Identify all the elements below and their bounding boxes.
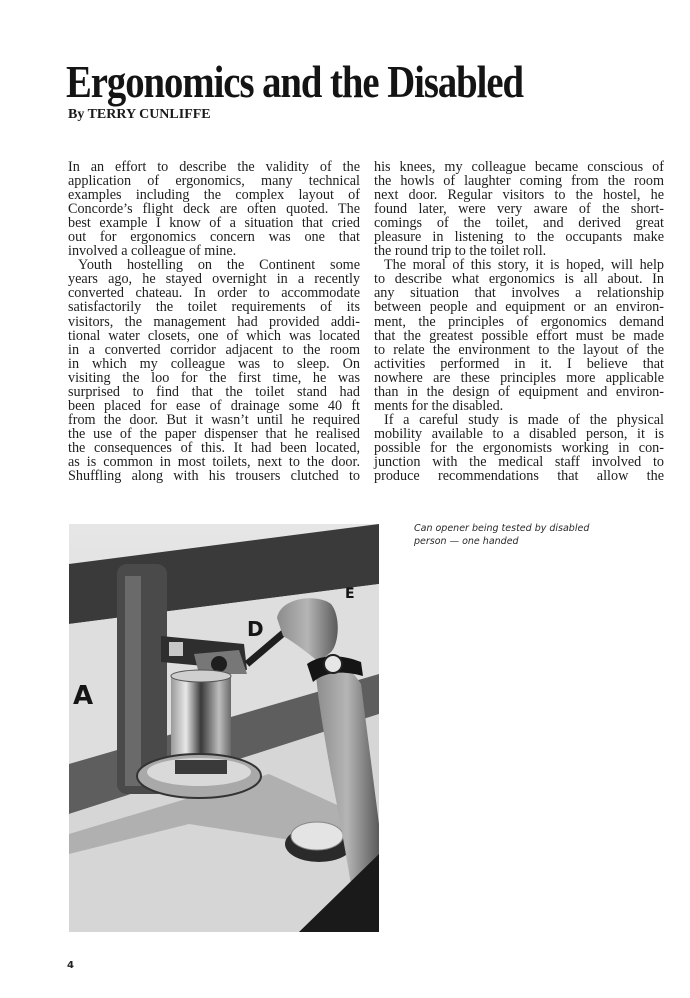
body-text-line: the consequences of this. It had been lo… [68,441,360,455]
body-text-line: Shuffling along with his trousers clutch… [68,469,360,483]
body-text-line: visitors, the management had provided ad… [68,315,360,329]
body-text-line: been placed for ease of drainage some 40… [68,399,360,413]
photo-illustration-icon: A D E [69,524,379,932]
body-text-line: ment, the principles of ergonomics deman… [374,315,664,329]
body-text-line: best example I know of a situation that … [68,216,360,230]
body-text-line: converted chateau. In order to accommoda… [68,286,360,300]
svg-text:A: A [73,681,93,711]
body-text-line: to relate the environment to the layout … [374,343,664,357]
body-text-line: pleasure in listening to the occupants m… [374,230,664,244]
body-text-line: any situation that involves a relationsh… [374,286,664,300]
body-column-left: In an effort to describe the validity of… [68,160,360,483]
body-text-line: in a converted corridor adjacent to the … [68,343,360,357]
body-text-line: to describe what ergonomics is all about… [374,272,664,286]
body-text-line: his knees, my colleague became conscious… [374,160,664,174]
body-text-line: from the door. But it wasn’t until he re… [68,413,360,427]
article-title: Ergonomics and the Disabled [66,58,523,106]
body-text-line: nowhere are these principles more applic… [374,371,664,385]
body-text-line: Youth hostelling on the Continent some [68,258,360,272]
body-text-line: application of ergonomics, many technica… [68,174,360,188]
body-text-line: If a careful study is made of the physic… [374,413,664,427]
body-text-line: next door. Regular visitors to the hoste… [374,188,664,202]
body-text-line: examples including the complex layout of [68,188,360,202]
body-text-line: as is common in most toilets, next to th… [68,455,360,469]
body-text-line: mobility available to a disabled person,… [374,427,664,441]
byline: By TERRY CUNLIFFE [68,107,211,123]
body-text-line: the round trip to the toilet roll. [374,244,664,258]
body-text-line: involved a colleague of mine. [68,244,360,258]
body-text-line: the use of the paper dispenser that he r… [68,427,360,441]
body-text-line: produce recommendations that allow the [374,469,664,483]
body-text-line: comings of the toilet, and derived great [374,216,664,230]
body-text-line: In an effort to describe the validity of… [68,160,360,174]
body-text-line: possible for the ergonomists working in … [374,441,664,455]
body-text-line: junction with the medical staff involved… [374,455,664,469]
body-text-line: Concorde’s flight deck are often quoted.… [68,202,360,216]
body-text-line: tional water closets, one of which was l… [68,329,360,343]
page-number: 4 [67,960,74,971]
svg-text:D: D [247,617,264,641]
body-text-line: than in the design of equipment and envi… [374,385,664,399]
body-text-line: activities performed in it. I believe th… [374,357,664,371]
body-column-right: his knees, my colleague became conscious… [374,160,664,483]
body-text-line: visiting the loo for the first time, he … [68,371,360,385]
body-text-line: the howls of laughter coming from the ro… [374,174,664,188]
figure-caption: Can opener being tested by disabled pers… [414,522,614,548]
body-text-line: years ago, he stayed overnight in a rece… [68,272,360,286]
body-text-line: surprised to find that the toilet stand … [68,385,360,399]
body-text-line: satisfactorily the toilet requirements o… [68,300,360,314]
svg-text:E: E [345,586,355,602]
body-text-line: found later, were very aware of the shor… [374,202,664,216]
body-text-line: ments for the disabled. [374,399,664,413]
body-text-line: between people and equipment or an envir… [374,300,664,314]
body-text-line: that the greatest possible effort must b… [374,329,664,343]
body-text-line: The moral of this story, it is hoped, wi… [374,258,664,272]
body-text-line: out for ergonomics concern was one that [68,230,360,244]
can-opener-photograph: A D E [69,524,379,932]
body-text-line: in which my colleague was to sleep. On [68,357,360,371]
